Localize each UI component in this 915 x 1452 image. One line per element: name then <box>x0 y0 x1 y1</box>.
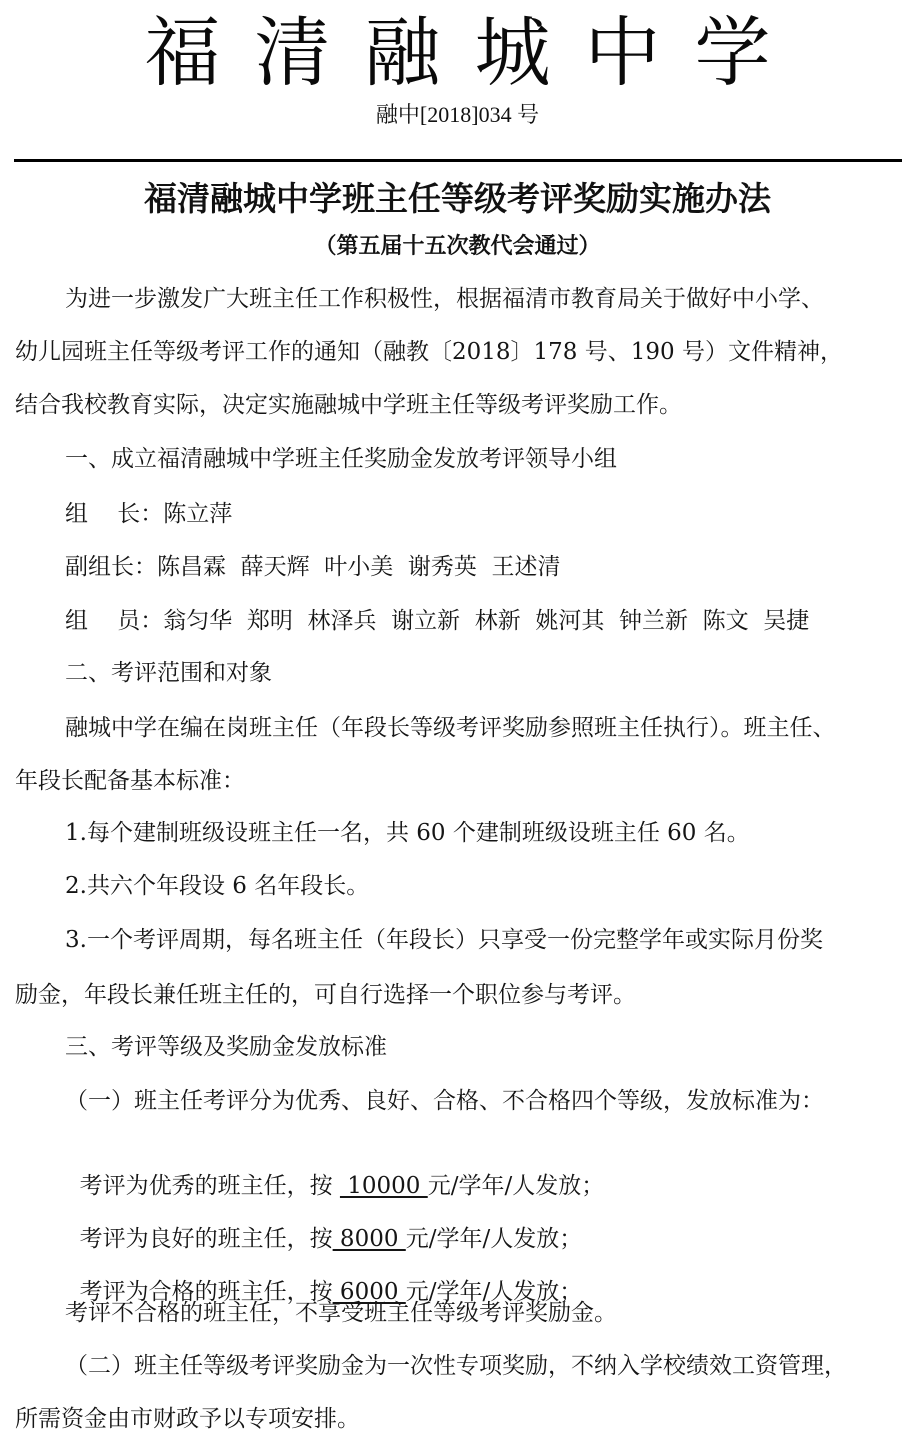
section2-item-3-line-1: 3.一个考评周期，每名班主任（年段长）只享受一份完整学年或实际月份奖 <box>65 924 823 956</box>
intro-line-2: 幼儿园班主任等级考评工作的通知（融教〔2018〕178 号、190 号）文件精神… <box>15 336 843 368</box>
section1-deputies: 副组长：陈昌霖 薛天辉 叶小美 谢秀英 王述清 <box>65 551 561 583</box>
section2-heading: 二、考评范围和对象 <box>65 657 272 689</box>
section2-item-3-line-2: 励金，年段长兼任班主任的，可自行选择一个职位参与考评。 <box>15 979 636 1011</box>
intro-line-1: 为进一步激发广大班主任工作积极性，根据福清市教育局关于做好中小学、 <box>65 283 824 315</box>
document-title: 福清融城中学班主任等级考评奖励实施办法 <box>0 176 915 222</box>
section1-members: 组 员：翁匀华 郑明 林泽兵 谢立新 林新 姚河其 钟兰新 陈文 吴捷 <box>65 605 809 637</box>
section1-leader: 组 长：陈立萍 <box>65 498 232 530</box>
document-subtitle: （第五届十五次教代会通过） <box>0 230 915 264</box>
section2-para-line-2: 年段长配备基本标准： <box>15 765 245 797</box>
section3-sub2-line-2: 所需资金由市财政予以专项安排。 <box>15 1403 360 1435</box>
section3-sub1: （一）班主任考评分为优秀、良好、合格、不合格四个等级，发放标准为： <box>65 1085 824 1117</box>
document-number: 融中[2018]034 号 <box>0 100 915 130</box>
header-rule <box>14 159 902 162</box>
section3-heading: 三、考评等级及奖励金发放标准 <box>65 1031 387 1063</box>
section2-para-line-1: 融城中学在编在岗班主任（年段长等级考评奖励参照班主任执行）。班主任、 <box>65 712 836 744</box>
intro-line-3: 结合我校教育实际，决定实施融城中学班主任等级考评奖励工作。 <box>15 389 682 421</box>
masthead-org-name: 福清融城中学 <box>0 8 915 98</box>
section2-item-2: 2.共六个年段设 6 名年段长。 <box>65 870 369 902</box>
section2-item-1: 1.每个建制班级设班主任一名，共 60 个建制班级设班主任 60 名。 <box>65 817 750 849</box>
section1-heading: 一、成立福清融城中学班主任奖励金发放考评领导小组 <box>65 443 617 475</box>
award-fail: 考评不合格的班主任，不享受班主任等级考评奖励金。 <box>65 1297 617 1329</box>
section3-sub2-line-1: （二）班主任等级考评奖励金为一次性专项奖励，不纳入学校绩效工资管理， <box>65 1350 847 1382</box>
